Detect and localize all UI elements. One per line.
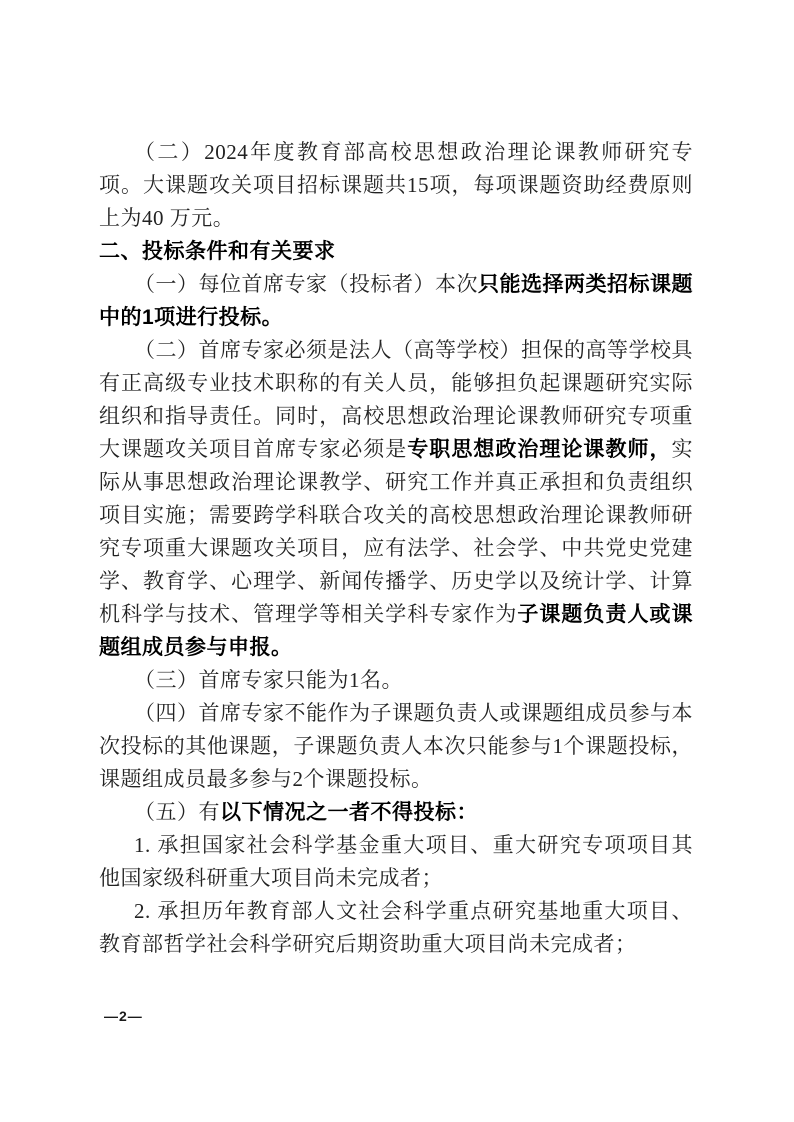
heading-section-2-bidding-conditions: 二、投标条件和有关要求 xyxy=(99,235,693,268)
body-text-run: 2. 承担历年教育部人文社会科学重点研究基地重大项目、教育部哲学社会科学研究后期… xyxy=(99,899,693,956)
emphasis-text-run: 二、投标条件和有关要求 xyxy=(99,240,336,263)
para-condition-2: （二）首席专家必须是法人（高等学校）担保的高等学校具有正高级专业技术职称的有关人… xyxy=(99,334,693,664)
body-text-run: （四）首席专家不能作为子课题负责人或课题组成员参与本次投标的其他课题，子课题负责… xyxy=(99,701,693,791)
emphasis-text-run: 以下情况之一者不得投标： xyxy=(220,801,478,824)
body-text-run: （一）每位首席专家（投标者）本次 xyxy=(134,272,478,296)
document-body: （二）2024年度教育部高校思想政治理论课教师研究专项。大课题攻关项目招标课题共… xyxy=(99,136,693,961)
page-number: —2— xyxy=(104,1008,143,1024)
body-text-run: 1. 承担国家社会科学基金重大项目、重大研究专项项目其他国家级科研重大项目尚未完… xyxy=(99,833,693,890)
para-exclusion-1: 1. 承担国家社会科学基金重大项目、重大研究专项项目其他国家级科研重大项目尚未完… xyxy=(99,829,693,895)
document-page: （二）2024年度教育部高校思想政治理论课教师研究专项。大课题攻关项目招标课题共… xyxy=(0,0,794,1122)
para-condition-4: （四）首席专家不能作为子课题负责人或课题组成员参与本次投标的其他课题，子课题负责… xyxy=(99,697,693,796)
para-special-project-2024: （二）2024年度教育部高校思想政治理论课教师研究专项。大课题攻关项目招标课题共… xyxy=(99,136,693,235)
para-condition-1: （一）每位首席专家（投标者）本次只能选择两类招标课题中的1项进行投标。 xyxy=(99,268,693,334)
emphasis-text-run: 专职思想政治理论课教师， xyxy=(407,438,671,461)
body-text-run: （二）2024年度教育部高校思想政治理论课教师研究专项。大课题攻关项目招标课题共… xyxy=(99,140,693,230)
para-condition-3: （三）首席专家只能为1名。 xyxy=(99,664,693,697)
para-condition-5: （五）有以下情况之一者不得投标： xyxy=(99,796,693,829)
body-text-run: （三）首席专家只能为1名。 xyxy=(134,668,403,692)
body-text-run: 实际从事思想政治理论课教学、研究工作并真正承担和负责组织项目实施；需要跨学科联合… xyxy=(99,437,693,626)
para-exclusion-2: 2. 承担历年教育部人文社会科学重点研究基地重大项目、教育部哲学社会科学研究后期… xyxy=(99,895,693,961)
body-text-run: （五）有 xyxy=(134,800,220,824)
